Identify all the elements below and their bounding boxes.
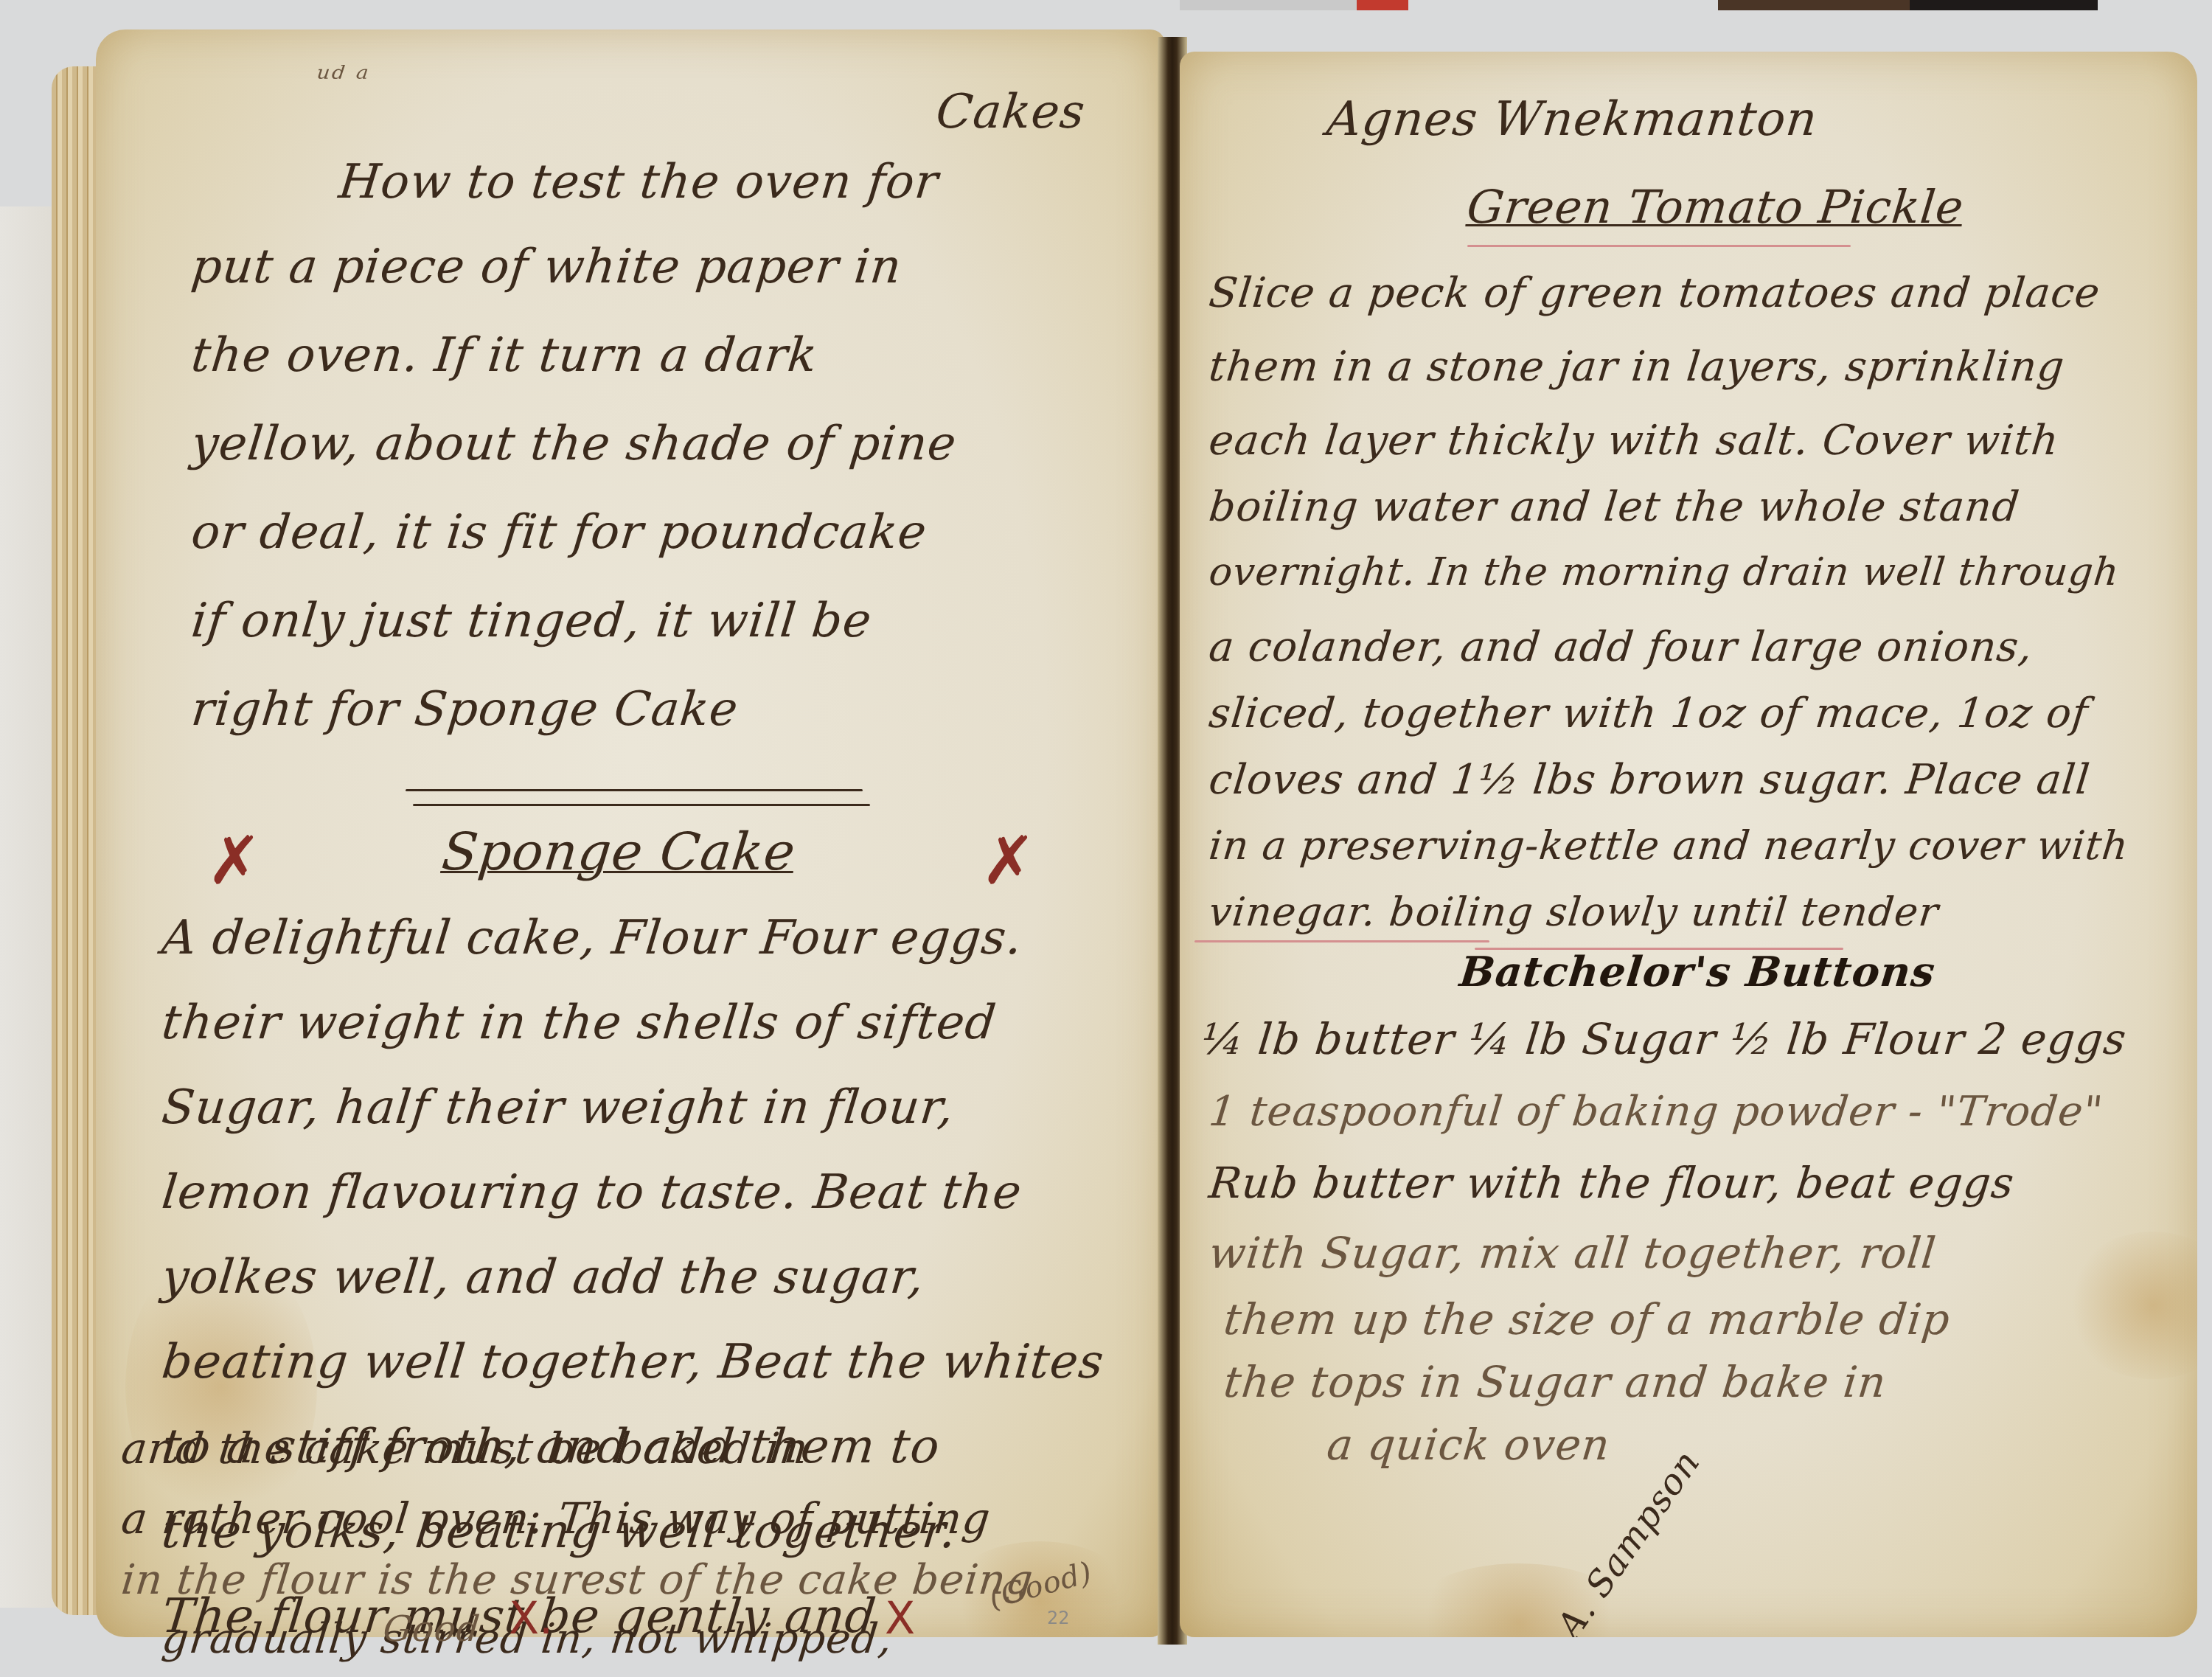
recipe-line: beating well together, Beat the whites <box>160 1339 1107 1386</box>
recipe-line: with Sugar, mix all together, roll <box>1207 1232 1938 1274</box>
recipe-title-green-tomato-pickle: Green Tomato Pickle <box>1465 184 1966 230</box>
red-x-mark: X <box>885 1593 915 1645</box>
intro-line: put a piece of white paper in <box>189 243 904 291</box>
divider-rule <box>406 789 863 791</box>
recipe-line: in a preserving-kettle and nearly cover … <box>1207 826 2130 866</box>
recipe-line: and the cake must be baked in <box>119 1427 810 1470</box>
recipe-line: overnight. In the morning drain well thr… <box>1207 553 2121 591</box>
recipe-line: A delightful cake, Flour Four eggs. <box>160 914 1025 962</box>
notebook: ᵘᵈ ᵃ Cakes How to test the oven for put … <box>52 22 2175 1645</box>
intro-line: yellow, about the shade of pine <box>189 420 959 468</box>
red-underline <box>1194 940 1489 942</box>
recipe-line: sliced, together with 1oz of mace, 1oz o… <box>1207 693 2090 735</box>
recipe-line: a quick oven <box>1325 1423 1613 1466</box>
red-x-mark: ✗ <box>981 822 1036 900</box>
recipe-line: Slice a peck of green tomatoes and place <box>1207 273 2102 314</box>
page-number: 22 <box>1047 1608 1070 1628</box>
intro-line: the oven. If it turn a dark <box>189 332 820 379</box>
stain <box>2065 1232 2197 1379</box>
recipe-line: lemon flavouring to taste. Beat the <box>160 1169 1024 1216</box>
intro-line: or deal, it is fit for poundcake <box>189 509 929 556</box>
corner-marks: ᵘᵈ ᵃ <box>316 63 370 95</box>
recipe-title-batchelors-buttons: Batchelor's Buttons <box>1458 951 1937 993</box>
recipe-line: 1 teaspoonful of baking powder - "Trode" <box>1207 1091 2105 1133</box>
recipe-line: boiling water and let the whole stand <box>1207 487 2022 528</box>
intro-line: right for Sponge Cake <box>189 686 741 733</box>
recipe-title-sponge-cake: Sponge Cake <box>439 826 798 878</box>
recipe-line: the tops in Sugar and bake in <box>1222 1361 1888 1403</box>
divider-rule <box>413 804 870 806</box>
recipe-line: cloves and 1½ lbs brown sugar. Place all <box>1207 760 2092 801</box>
owner-signature: Agnes Wnekmanton <box>1325 96 1820 143</box>
recipe-line: ¼ lb butter ¼ lb Sugar ½ lb Flour 2 eggs <box>1200 1018 2129 1060</box>
recipe-line: their weight in the shells of sifted <box>160 999 999 1046</box>
recipe-line: vinegar. boiling slowly until tender <box>1207 892 1941 932</box>
recipe-line: them up the size of a marble dip <box>1222 1298 1952 1341</box>
recipe-line: a rather cool oven. This way of putting <box>119 1497 992 1540</box>
recipe-line: Rub butter with the flour, beat eggs <box>1207 1162 2017 1204</box>
footer-note-good: Good <box>381 1611 481 1647</box>
left-page: ᵘᵈ ᵃ Cakes How to test the oven for put … <box>96 29 1165 1637</box>
recipe-line: a colander, and add four large onions, <box>1207 627 2035 668</box>
red-underline <box>1467 245 1851 247</box>
red-x-mark: X. <box>509 1593 553 1645</box>
intro-line: if only just tinged, it will be <box>189 597 874 645</box>
color-calibration-brown <box>1718 0 1910 10</box>
color-calibration-bar <box>1180 0 1357 10</box>
red-x-mark: ✗ <box>206 822 262 900</box>
recipe-line: yolkes well, and add the sugar, <box>160 1254 927 1301</box>
section-heading: Cakes <box>934 88 1088 136</box>
color-calibration-red <box>1357 0 1408 10</box>
recipe-line: them in a stone jar in layers, sprinklin… <box>1207 347 2067 388</box>
right-page: Agnes Wnekmanton Green Tomato Pickle Sli… <box>1180 52 2197 1637</box>
intro-title: How to test the oven for <box>337 159 941 206</box>
recipe-line: Sugar, half their weight in flour, <box>160 1084 956 1131</box>
recipe-line: each layer thickly with salt. Cover with <box>1207 420 2061 462</box>
color-calibration-black <box>1910 0 2098 10</box>
